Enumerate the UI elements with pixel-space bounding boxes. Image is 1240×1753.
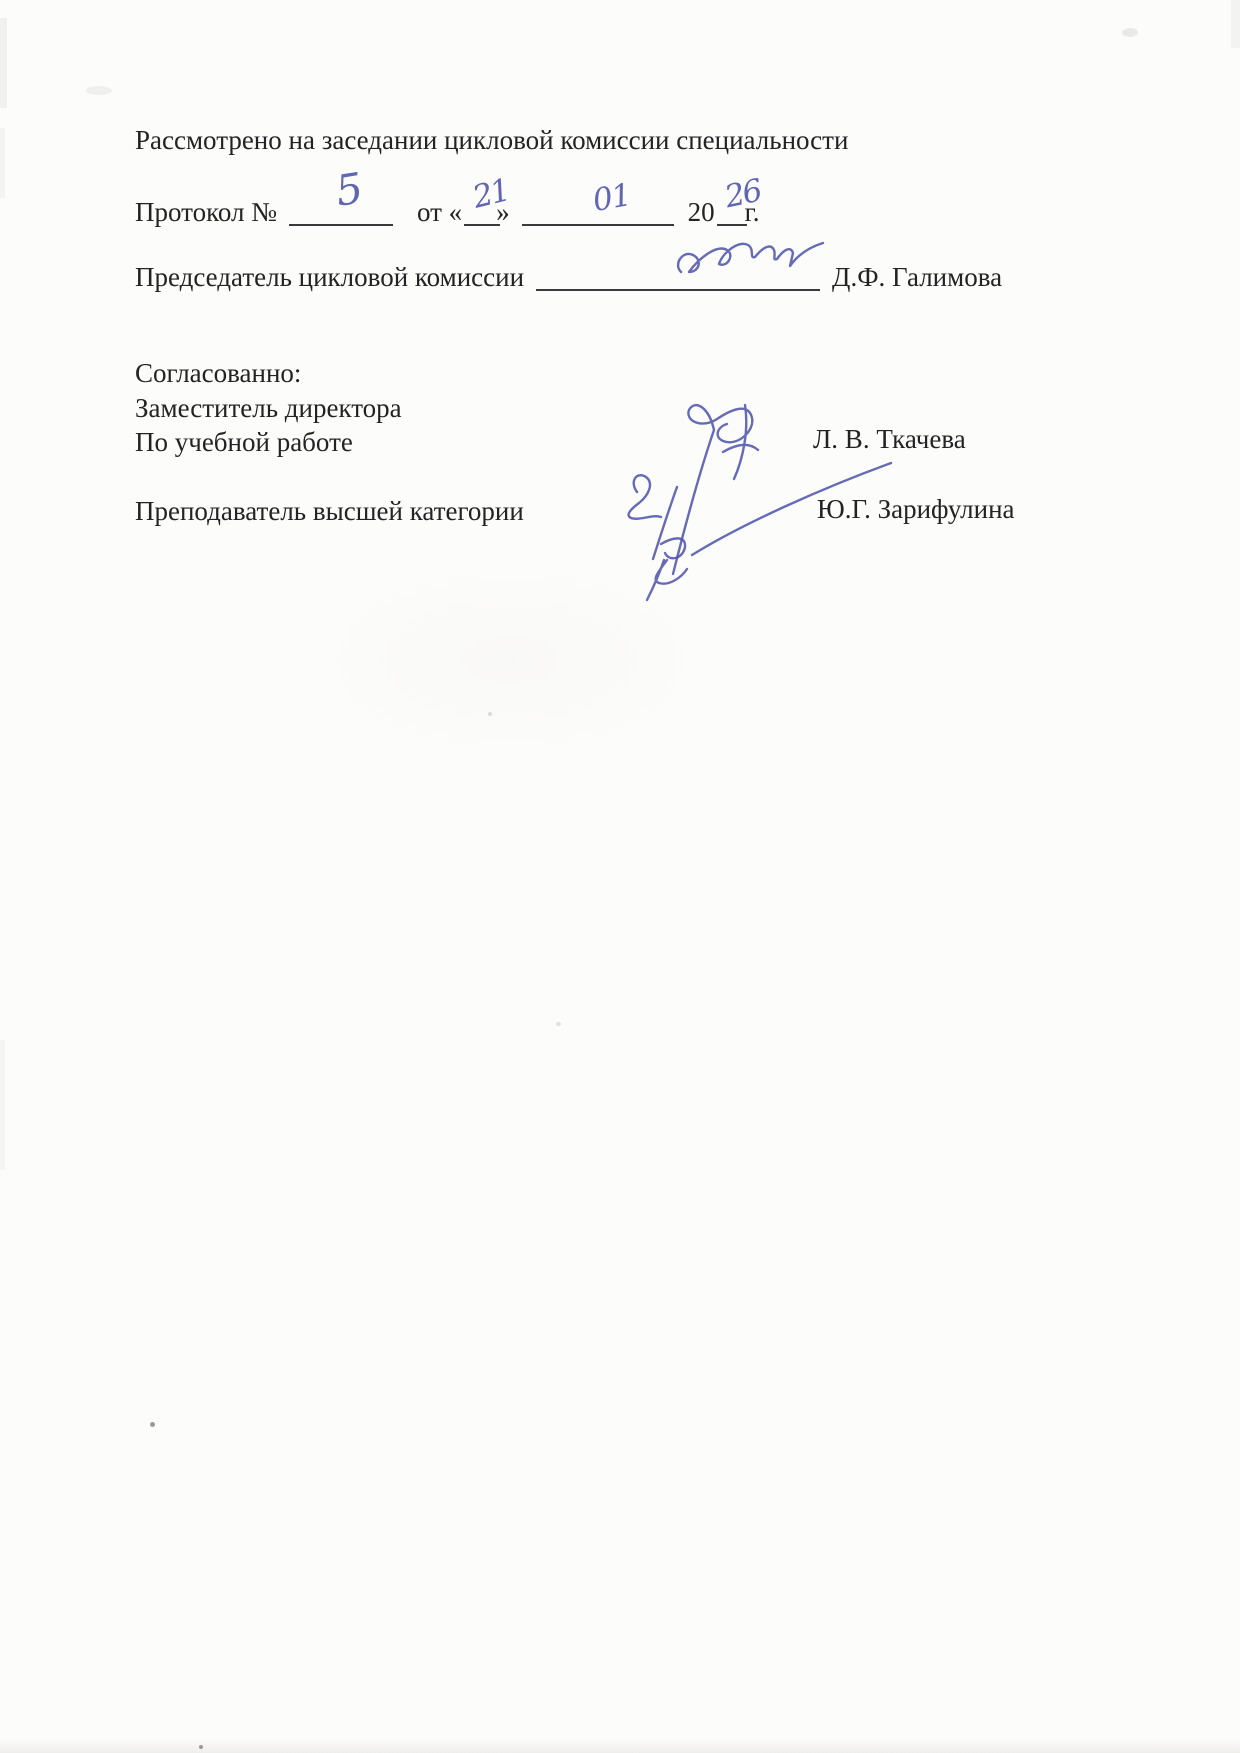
reviewed-statement: Рассмотрено на заседании цикловой комисс…: [135, 124, 848, 158]
agreed-title: Согласованно:: [135, 357, 301, 391]
signature-zarifulina-icon: [629, 463, 891, 600]
scan-blotch: [300, 560, 720, 760]
scan-speck: [556, 1022, 561, 1026]
protocol-year-blank: [717, 222, 747, 226]
handwritten-year: 26: [722, 173, 764, 216]
protocol-label: Протокол №: [135, 197, 277, 227]
chairman-name: Д.Ф. Галимова: [832, 262, 1002, 292]
scan-speck: [1122, 28, 1138, 37]
teacher-name: Ю.Г. Зарифулина: [817, 494, 1015, 525]
chairman-signature-blank: [536, 287, 820, 291]
protocol-number-blank: [289, 222, 393, 226]
protocol-ot-label: от «: [417, 197, 462, 227]
chairman-line: Председатель цикловой комиссииД.Ф. Галим…: [135, 261, 1002, 295]
chairman-label: Председатель цикловой комиссии: [135, 262, 524, 292]
scan-edge-artifact: [0, 128, 5, 198]
protocol-year-prefix: 20: [688, 197, 715, 227]
handwritten-month: 01: [590, 177, 633, 219]
protocol-line: Протокол №от «»20г.: [135, 196, 759, 230]
scan-smudge: [86, 86, 112, 95]
teacher-label: Преподаватель высшей категории: [135, 495, 524, 529]
scan-edge-artifact: [1231, 0, 1240, 48]
signature-tkacheva-icon: [673, 405, 758, 574]
scan-speck: [150, 1422, 155, 1427]
scan-edge-artifact: [0, 18, 7, 108]
scan-edge-artifact: [0, 1040, 5, 1170]
deputy-name: Л. В. Ткачева: [813, 424, 966, 455]
scanned-document-page: Рассмотрено на заседании цикловой комисс…: [0, 0, 1240, 1753]
deputy-position-line2: По учебной работе: [135, 426, 353, 460]
protocol-day-blank: [464, 222, 500, 226]
protocol-month-blank: [522, 222, 674, 226]
scan-bottom-band: [0, 1739, 1240, 1753]
deputy-position-line1: Заместитель директора: [135, 392, 402, 426]
